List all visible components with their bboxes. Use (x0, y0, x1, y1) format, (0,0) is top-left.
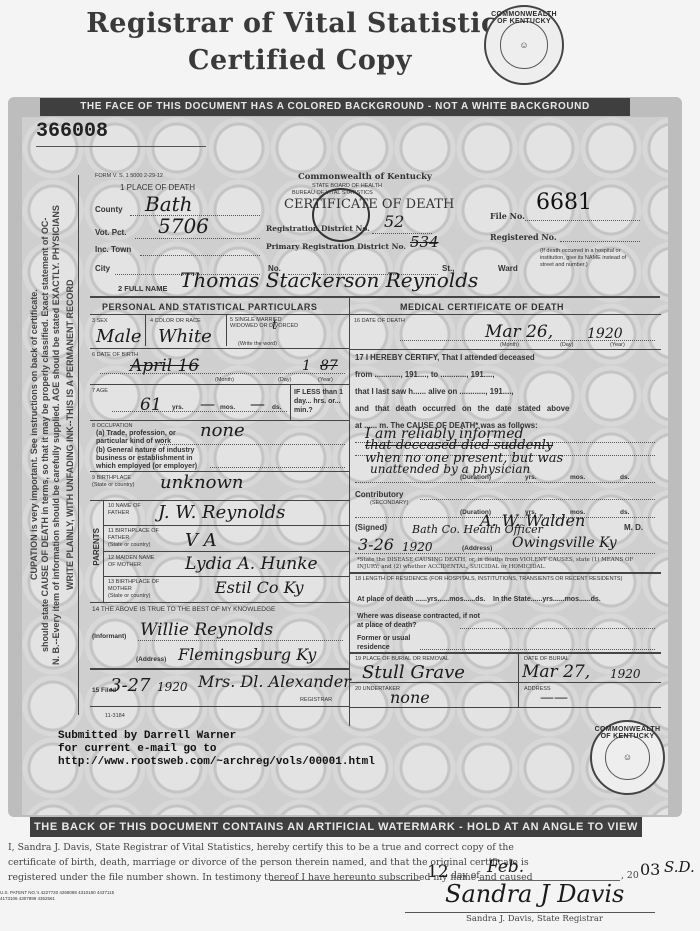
reg-district-label: Registration District No. (266, 224, 370, 233)
dotted-line (525, 220, 640, 221)
informant-value: Willie Reynolds (140, 620, 273, 640)
year-label: (Year) (318, 377, 333, 383)
security-banner-top: THE FACE OF THIS DOCUMENT HAS A COLORED … (40, 98, 630, 116)
dob-year: 87 (320, 358, 338, 374)
death-date-value: Mar 26, (485, 322, 553, 342)
secondary-label: (SECONDARY) (370, 500, 408, 506)
divider (226, 314, 227, 346)
mother-birthplace-label: 13 BIRTHPLACE OF MOTHER (108, 579, 163, 593)
residence-label: 18 LENGTH OF RESIDENCE (FOR HOSPITALS, I… (355, 576, 655, 583)
divider (103, 576, 350, 577)
month-label: (Month) (500, 342, 519, 348)
divider (90, 706, 350, 707)
ds-label: ds. (620, 474, 629, 481)
true-statement-label: 14 THE ABOVE IS TRUE TO THE BEST OF MY K… (92, 606, 275, 613)
dotted-line (112, 411, 287, 412)
form-code: 11-3184 (105, 713, 125, 719)
side-line-2: N. B.--Every item of information should … (51, 150, 61, 720)
duration-label: (Duration) (460, 474, 491, 481)
county-label: County (95, 205, 123, 214)
father-birthplace-label: 11 BIRTHPLACE OF FATHER (108, 528, 163, 542)
ds-label: ds. (272, 404, 281, 411)
form-number: FORM V. S. 1 5000 2-29-12 (95, 173, 163, 179)
divider (349, 652, 661, 654)
divider (349, 682, 661, 683)
security-banner-bottom: THE BACK OF THIS DOCUMENT CONTAINS AN AR… (30, 817, 642, 837)
divider (90, 314, 350, 315)
divider (145, 314, 146, 346)
day-line (270, 880, 420, 881)
divider (349, 296, 350, 726)
occupation-value: none (200, 420, 245, 441)
divider (349, 349, 661, 350)
dotted-line (355, 553, 655, 554)
dob-day: 1 (302, 358, 311, 374)
divider (36, 146, 206, 147)
seal-center: ☺ (500, 21, 547, 68)
dotted-line (100, 373, 345, 374)
kentucky-seal-icon: COMMONWEALTH OF KENTUCKY ☺ (590, 720, 665, 795)
md-label: M. D. (624, 523, 643, 532)
signed-label: (Signed) (355, 523, 387, 532)
sex-value: Male (96, 326, 142, 347)
dotted-line (400, 340, 655, 341)
patent-numbers: U.S. PATENT NO.'s 4227720 4268088 431018… (0, 890, 120, 902)
mos-label: mos. (220, 404, 235, 411)
occupation-b-label: (b) General nature of industry business … (96, 447, 211, 471)
email-instructions: for current e-mail go to (58, 743, 216, 755)
mother-label: 12 MAIDEN NAME OF MOTHER (108, 555, 163, 569)
kentucky-seal-icon: COMMONWEALTH OF KENTUCKY ☺ (484, 5, 564, 85)
color-value: White (158, 326, 212, 347)
dotted-line (420, 499, 655, 500)
yrs-label: yrs. (172, 404, 184, 411)
occurred-line: and that death occurred on the date stat… (355, 404, 569, 413)
dotted-line (135, 238, 260, 239)
county-value: Bath (145, 192, 193, 216)
day-label: (Day) (560, 342, 573, 348)
submitted-by: Submitted by Darrell Warner (58, 730, 236, 742)
dotted-line (420, 649, 655, 650)
vot-pct-value: 5706 (158, 214, 209, 238)
attestation-year: 03 (640, 860, 660, 879)
file-no-label: File No. (490, 211, 525, 221)
divider (78, 175, 79, 715)
undertaker-address-value: —— (540, 690, 568, 706)
marital-note: (Write the word) (238, 341, 277, 347)
full-name-value: Thomas Stackerson Reynolds (180, 268, 478, 292)
signed-address-label: (Address) (462, 545, 492, 552)
divider (90, 296, 660, 298)
medical-section-header: MEDICAL CERTIFICATE OF DEATH (400, 302, 564, 312)
yrs-label: yrs. (525, 474, 537, 481)
primary-reg-value: 534 (410, 233, 439, 251)
age-label: 7 AGE (92, 388, 108, 394)
divider (90, 348, 350, 349)
cause-footnote: *State the DISEASE CAUSING DEATH, or, in… (357, 557, 657, 571)
color-label: 4 COLOR OR RACE (150, 318, 201, 324)
registrar-stamp (312, 188, 370, 242)
divider (90, 602, 350, 603)
mother-value: Lydia A. Hunke (185, 554, 318, 574)
undertaker-value: none (390, 688, 430, 707)
file-number: 6681 (536, 190, 592, 215)
divider (518, 652, 519, 707)
mos-label: mos. (570, 474, 585, 481)
age-years: 61 (140, 395, 162, 415)
ds-label: ds. (620, 509, 629, 516)
primary-reg-label: Primary Registration District No. (266, 242, 406, 251)
informant-label: (Informant) (92, 633, 126, 640)
occupation-label: 8 OCCUPATION (92, 423, 132, 429)
dotted-line (460, 628, 655, 629)
state-name: Commonwealth of Kentucky (298, 172, 432, 182)
registrar-title: Sandra J. Davis, State Registrar (466, 912, 603, 927)
registrar-signature: Sandra J Davis (445, 880, 624, 908)
contributory-label: Contributory (355, 490, 403, 499)
seal-center: ☺ (605, 735, 649, 779)
vot-pct-label: Vot. Pct. (95, 228, 126, 237)
birthplace-value: unknown (160, 472, 244, 493)
attestation-month: Feb. (487, 857, 524, 877)
sex-label: 3 SEX (92, 318, 108, 324)
ward-label: Ward (498, 264, 518, 273)
signed-date: 3-26 (358, 535, 394, 554)
side-instructions: CUPATION is very important. See instruct… (25, 150, 81, 720)
address-label: (Address) (136, 656, 166, 663)
personal-section-header: PERSONAL AND STATISTICAL PARTICULARS (102, 302, 317, 312)
death-date-label: 16 DATE OF DEATH (354, 318, 405, 324)
month-label: (Month) (215, 377, 234, 383)
certificate-number: 366008 (36, 120, 108, 143)
certify-line: 17 I HEREBY CERTIFY, That I attended dec… (355, 353, 535, 362)
reg-district-value: 52 (384, 212, 404, 231)
divider (103, 525, 350, 526)
divider (90, 384, 350, 385)
signed-address-value: Owingsville Ky (512, 535, 617, 551)
dotted-line (355, 482, 655, 483)
place-of-death-label: 1 PLACE OF DEATH (120, 183, 195, 192)
hospital-note: (If death occurred in a hospital or inst… (540, 248, 635, 269)
divider (349, 572, 661, 574)
divider (103, 551, 350, 552)
divider (349, 707, 661, 708)
marital-label: 5 SINGLE MARRIED WIDOWED OR DIVORCED (230, 317, 300, 329)
side-line-3: should state CAUSE OF DEATH in terms, so… (40, 150, 50, 720)
from-line: from ............, 191...., to .........… (355, 370, 495, 379)
day-label: (Day) (278, 377, 291, 383)
seal-ring-text: COMMONWEALTH OF KENTUCKY (486, 11, 562, 25)
divider (349, 314, 661, 315)
registrar-label: REGISTRAR (300, 697, 332, 703)
year-label: (Year) (610, 342, 625, 348)
dotted-line (140, 255, 260, 256)
attestation-day: 12 (427, 862, 449, 882)
registrar-initials: S.D. (664, 858, 695, 876)
city-label: City (95, 264, 110, 273)
cause-value-4: unattended by a physician (370, 462, 530, 476)
registered-no-label: Registered No. (490, 232, 557, 242)
father-birthplace-value: V A (185, 530, 217, 551)
full-name-label: 2 FULL NAME (118, 284, 167, 293)
divider (90, 500, 350, 501)
informant-address-value: Flemingsburg Ky (178, 645, 316, 664)
mother-birthplace-sub: (State or country) (108, 593, 151, 599)
seal-ring-text: COMMONWEALTH OF KENTUCKY (592, 726, 663, 740)
father-value: J. W. Reynolds (158, 502, 285, 523)
dotted-line (160, 444, 345, 445)
burial-date-value: Mar 27, (522, 662, 590, 682)
if-less-label: IF LESS than 1 day... hrs. or... min.? (294, 388, 348, 415)
signed-year: 1920 (402, 540, 433, 554)
in-state-label: In the State......yrs......mos......ds. (493, 596, 601, 603)
parents-label: PARENTS (92, 528, 101, 566)
birthplace-label: 9 BIRTHPLACE (92, 475, 131, 481)
birthplace-sub: (State or country) (92, 482, 135, 488)
filed-date: 3-27 (110, 675, 150, 696)
marital-value: t (272, 318, 277, 333)
filed-year: 1920 (157, 680, 188, 694)
side-line-1: WRITE PLAINLY, WITH UNFADING INK--THIS I… (65, 150, 75, 720)
registrar-name: Mrs. Dl. Alexander (198, 672, 351, 691)
side-line-4: CUPATION is very important. See instruct… (29, 150, 39, 720)
at-place-label: At place of death ......yrs......mos....… (357, 596, 485, 603)
mother-birthplace-value: Estil Co Ky (215, 578, 304, 597)
burial-place-value: Stull Grave (362, 662, 465, 683)
dotted-line (210, 467, 345, 468)
source-url[interactable]: http://www.rootsweb.com/~archreg/vols/00… (58, 756, 375, 768)
father-label: 10 NAME OF FATHER (108, 503, 158, 517)
divider (290, 384, 291, 420)
divider (90, 668, 350, 670)
burial-date-year: 1920 (610, 667, 641, 681)
last-saw-line: that I last saw h...... alive on .......… (355, 387, 514, 396)
inc-town-label: Inc. Town (95, 245, 131, 254)
dotted-line (560, 241, 640, 242)
dotted-line (138, 640, 343, 641)
father-birthplace-sub: (State or country) (108, 542, 151, 548)
